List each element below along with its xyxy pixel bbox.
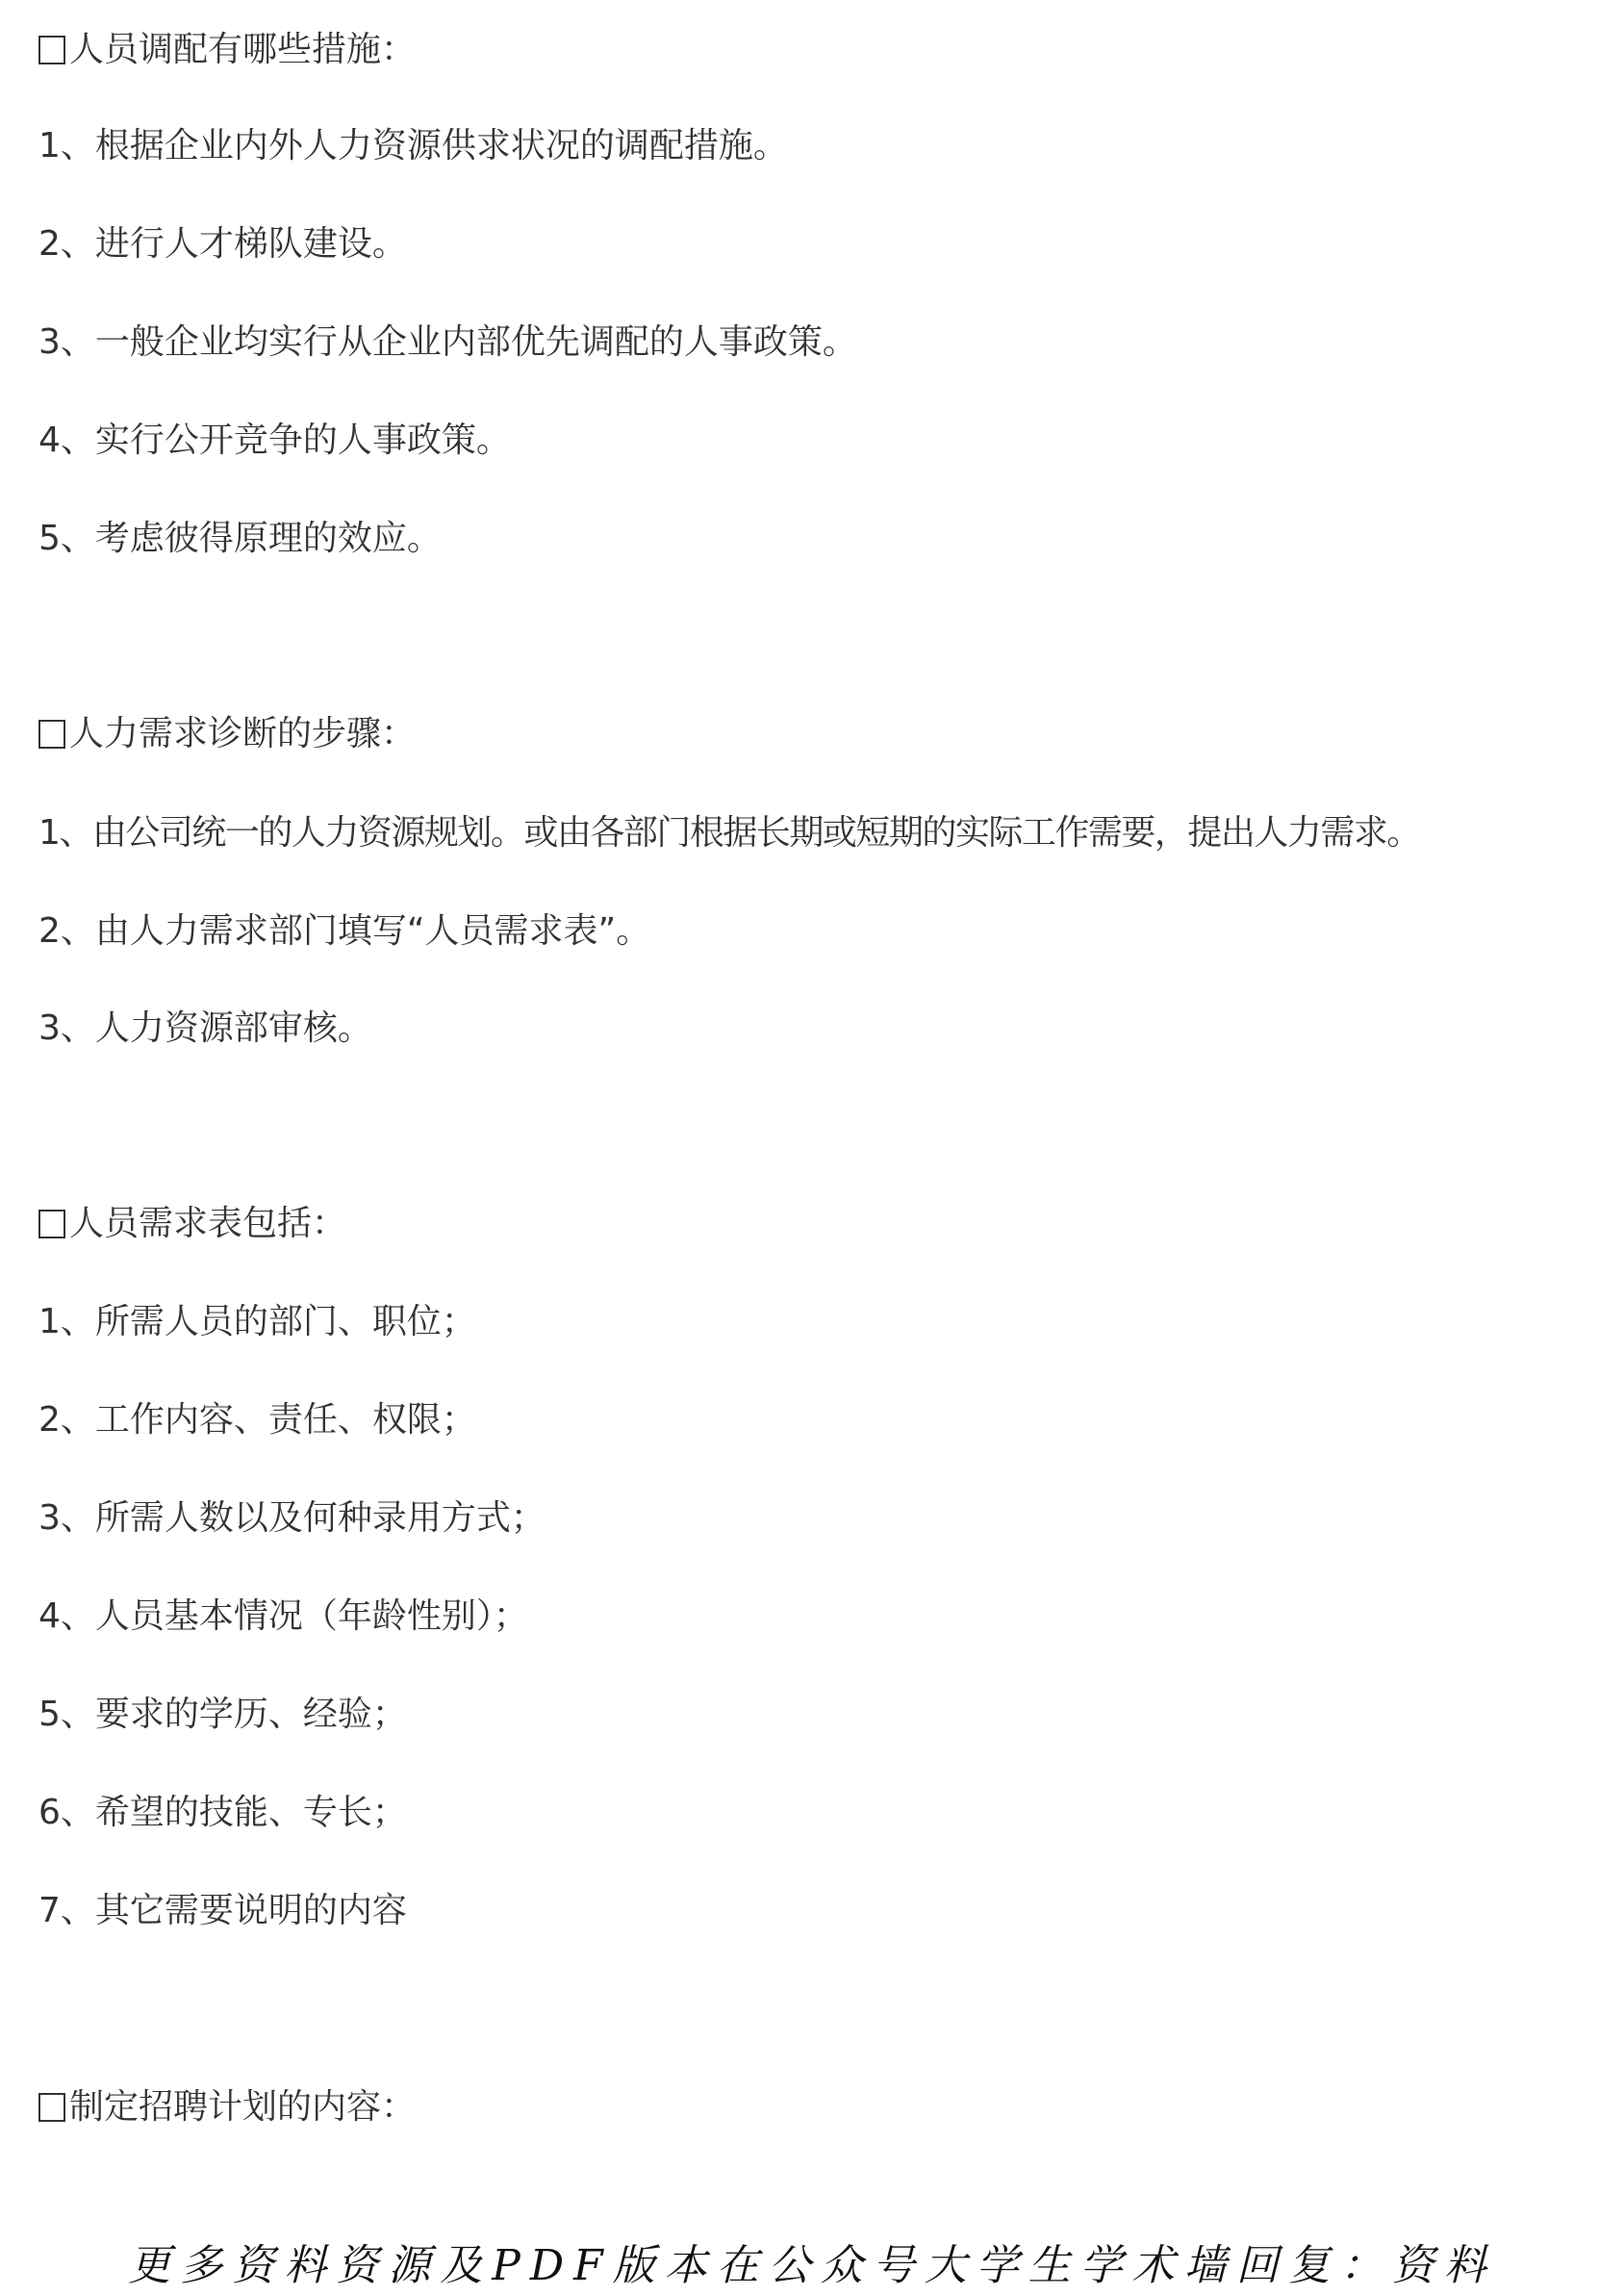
list-item: 3、人力资源部审核。 — [38, 1008, 372, 1050]
checkbox-square-icon — [38, 720, 65, 749]
list-item: 1、根据企业内外人力资源供求状况的调配措施。 — [38, 125, 788, 167]
list-item: 1、所需人员的部门、职位； — [38, 1301, 476, 1343]
list-item: 1、由公司统一的人力资源规划。或由各部门根据长期或短期的实际工作需要，提出人力需… — [38, 812, 1420, 855]
list-item: 3、所需人数以及何种录用方式； — [38, 1497, 546, 1540]
section-1-heading: 人员调配有哪些措施： — [38, 29, 416, 71]
section-4-heading: 制定招聘计划的内容： — [38, 2086, 416, 2129]
list-item: 3、一般企业均实行从企业内部优先调配的人事政策。 — [38, 321, 857, 364]
list-item: 4、人员基本情况（年龄性别）； — [38, 1595, 528, 1638]
heading-text: 人力需求诊断的步骤： — [69, 714, 416, 753]
heading-text: 人员需求表包括： — [69, 1204, 346, 1243]
list-item: 5、考虑彼得原理的效应。 — [38, 518, 442, 560]
list-item: 7、其它需要说明的内容 — [38, 1890, 407, 1932]
section-2-heading: 人力需求诊断的步骤： — [38, 713, 416, 755]
heading-text: 制定招聘计划的内容： — [69, 2087, 416, 2127]
checkbox-square-icon — [38, 1210, 65, 1238]
list-item: 6、希望的技能、专长； — [38, 1792, 407, 1834]
list-item: 2、工作内容、责任、权限； — [38, 1399, 476, 1441]
list-item: 2、由人力需求部门填写“人员需求表”。 — [38, 910, 650, 953]
list-item: 5、要求的学历、经验； — [38, 1694, 407, 1736]
heading-text: 人员调配有哪些措施： — [69, 30, 416, 69]
checkbox-square-icon — [38, 36, 65, 64]
list-item: 4、实行公开竞争的人事政策。 — [38, 420, 511, 462]
section-3-heading: 人员需求表包括： — [38, 1203, 346, 1245]
footer-promo-text: 更多资料资源及PDF版本在公众号大学生学术墙回复：资料 — [0, 2231, 1624, 2292]
checkbox-square-icon — [38, 2093, 65, 2122]
list-item: 2、进行人才梯队建设。 — [38, 223, 407, 266]
